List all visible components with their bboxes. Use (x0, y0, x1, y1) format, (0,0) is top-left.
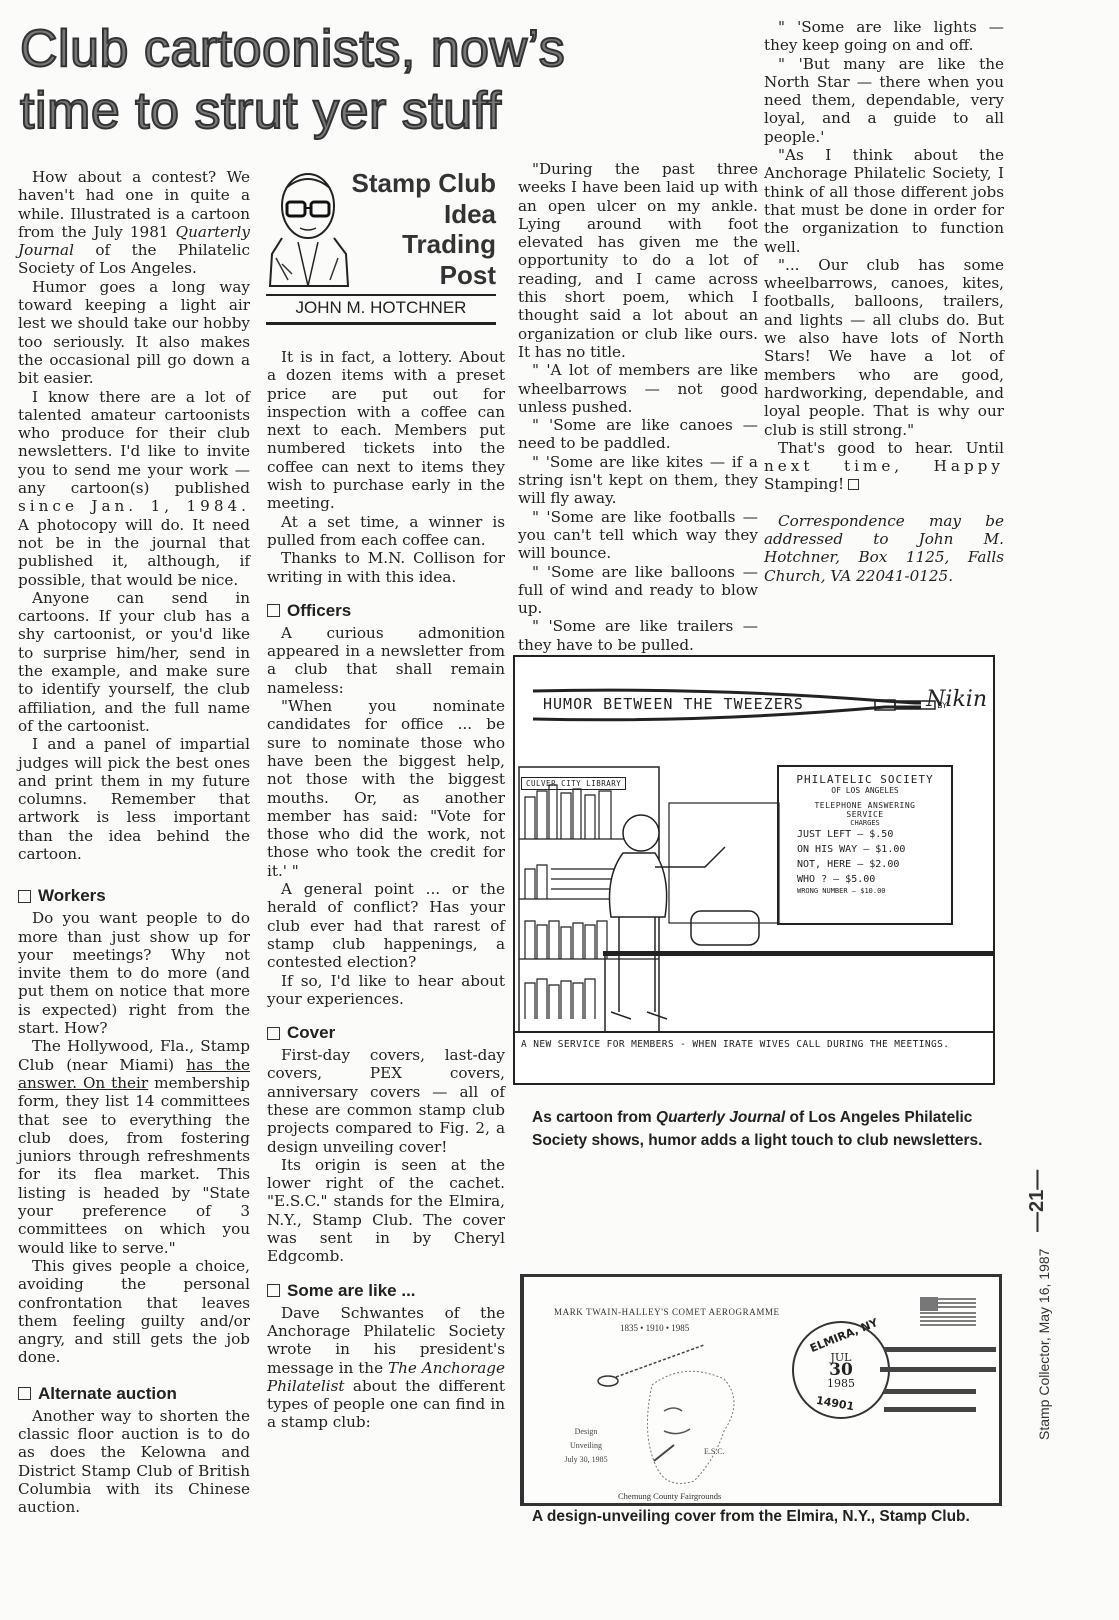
sign-row: JUST LEFT – $.50 (783, 827, 947, 842)
checkbox-bullet-icon (267, 1027, 280, 1040)
cartoon-banner-title: HUMOR BETWEEN THE TWEEZERS (543, 695, 804, 713)
sign-row: ON HIS WAY – $1.00 (783, 842, 947, 857)
divider (266, 322, 496, 325)
column-3: "During the past three weeks I have been… (518, 160, 758, 654)
column-4: " 'Some are like lights — they keep goin… (764, 18, 1004, 585)
officers-paragraph-1: A curious admonition appeared in a newsl… (267, 624, 505, 697)
auction-paragraph-4: Thanks to M.N. Collison for writing in w… (267, 549, 505, 586)
telephone-icon (691, 911, 759, 945)
cancellation-bar (880, 1367, 996, 1372)
author-byline: JOHN M. HOTCHNER (266, 298, 496, 318)
poem-line-kites: " 'Some are like kites — if a string isn… (518, 453, 758, 508)
cover-place: Chemung County Fairgrounds (618, 1491, 721, 1501)
sign-row: NOT, HERE – $2.00 (783, 857, 947, 872)
divider (515, 1031, 993, 1033)
cancellation-bar (884, 1407, 976, 1412)
poem-line-lights: " 'Some are like lights — they keep goin… (764, 18, 1004, 55)
cover-paragraph-1: First-day covers, last-day covers, PEX c… (267, 1046, 505, 1156)
cover-figure-caption: A design-unveiling cover from the Elmira… (532, 1505, 1002, 1528)
officers-paragraph-3: A general point ... or the herald of con… (267, 880, 505, 971)
publication-dateline: Stamp Collector, May 16, 1987 (1036, 1249, 1052, 1440)
intro-paragraph-4: Anyone can send in cartoons. If your clu… (18, 589, 250, 735)
headline-line-1: Club cartoonists, now’s (20, 18, 760, 80)
poem-line-wheelbarrows: " 'A lot of members are like wheelbarrow… (518, 361, 758, 416)
design-unveiling-text: Design Unveiling July 30, 1985 (554, 1425, 618, 1467)
cover-paragraph-2: Its origin is seen at the lower right of… (267, 1156, 505, 1266)
cartoonist-signature: Nikin (926, 687, 987, 712)
workers-paragraph-1: Do you want people to do more than just … (18, 909, 250, 1037)
poem-intro: "During the past three weeks I have been… (518, 160, 758, 361)
correspondence-note: Correspondence may be addressed to John … (764, 512, 1004, 585)
cartoon-banner: HUMOR BETWEEN THE TWEEZERS BY Nikin (525, 685, 995, 725)
president-reflection: "As I think about the Anchorage Philatel… (764, 146, 1004, 256)
officers-paragraph-4: If so, I'd like to hear about your exper… (267, 972, 505, 1009)
subhead-cover: Cover (267, 1022, 505, 1044)
subhead-officers: Officers (267, 600, 505, 622)
sign-row: WHO ? – $5.00 (783, 872, 947, 887)
checkbox-bullet-icon (18, 1387, 31, 1400)
flag-stamp-icon (920, 1297, 976, 1329)
intro-paragraph-3: I know there are a lot of talented amate… (18, 388, 250, 589)
auction-paragraph-3: At a set time, a winner is pulled from e… (267, 513, 505, 550)
subhead-some-are-like: Some are like ... (267, 1280, 505, 1302)
library-sign: CULVER CITY LIBRARY (521, 777, 626, 790)
page-number: —21— (1026, 1170, 1049, 1232)
column-1: How about a contest? We haven't had one … (18, 168, 250, 1516)
poem-line-footballs: " 'Some are like footballs — you can't t… (518, 508, 758, 563)
cover-figure: MARK TWAIN-HALLEY'S COMET AEROGRAMME 183… (520, 1274, 1002, 1506)
subhead-alternate-auction: Alternate auction (18, 1383, 250, 1405)
officers-paragraph-2: "When you nominate candidates for office… (267, 697, 505, 880)
column-header: Stamp Club Idea Trading Post JOHN M. HOT… (266, 162, 496, 337)
intro-paragraph-1: How about a contest? We haven't had one … (18, 168, 250, 278)
esc-initials: E.S.C. (704, 1447, 725, 1456)
sign-row: WRONG NUMBER – $10.00 (783, 887, 947, 896)
checkbox-bullet-icon (267, 1284, 280, 1297)
closing-paragraph: That's good to hear. Until next time, Ha… (764, 439, 1004, 494)
workers-paragraph-2: The Hollywood, Fla., Stamp Club (near Mi… (18, 1037, 250, 1257)
poem-line-canoes: " 'Some are like canoes — need to be pad… (518, 416, 758, 453)
postmark: ELMIRA, NY JUL 30 1985 14901 (792, 1321, 890, 1419)
cover-title: MARK TWAIN-HALLEY'S COMET AEROGRAMME (554, 1307, 780, 1317)
headline-line-2: time to strut yer stuff (20, 80, 760, 142)
poem-line-trailers: " 'Some are like trailers — they have to… (518, 617, 758, 654)
answering-service-sign: PHILATELIC SOCIETY OF LOS ANGELES TELEPH… (777, 765, 953, 925)
intro-paragraph-5: I and a panel of impartial judges will p… (18, 735, 250, 863)
intro-paragraph-2: Humor goes a long way toward keeping a l… (18, 278, 250, 388)
auction-paragraph-1: Another way to shorten the classic floor… (18, 1407, 250, 1517)
end-mark-icon (848, 479, 859, 490)
divider (266, 294, 496, 296)
cartoon-figure-caption: As cartoon from Quarterly Journal of Los… (532, 1106, 1002, 1152)
some-are-like-paragraph-1: Dave Schwantes of the Anchorage Philatel… (267, 1304, 505, 1432)
article-headline: Club cartoonists, now’s time to strut ye… (20, 18, 760, 142)
auction-paragraph-2: It is in fact, a lottery. About a dozen … (267, 348, 505, 513)
workers-paragraph-3: This gives people a choice, avoiding the… (18, 1257, 250, 1367)
poem-line-north-star: " 'But many are like the North Star — th… (764, 55, 1004, 146)
president-conclusion: "... Our club has some wheelbarrows, can… (764, 256, 1004, 439)
cancellation-bar (884, 1347, 996, 1352)
cancellation-bar (884, 1389, 976, 1394)
checkbox-bullet-icon (18, 890, 31, 903)
column-title: Stamp Club Idea Trading Post (352, 168, 496, 290)
mark-twain-sketch-icon (594, 1341, 774, 1511)
poem-line-balloons: " 'Some are like balloons — full of wind… (518, 563, 758, 618)
cartoon-caption: A NEW SERVICE FOR MEMBERS - WHEN IRATE W… (521, 1039, 981, 1050)
author-portrait-icon (268, 168, 350, 288)
column-2: It is in fact, a lottery. About a dozen … (267, 348, 505, 1432)
subhead-workers: Workers (18, 885, 250, 907)
cover-years: 1835 • 1910 • 1985 (620, 1323, 689, 1333)
checkbox-bullet-icon (267, 604, 280, 617)
cartoon-figure: HUMOR BETWEEN THE TWEEZERS BY Nikin CULV… (513, 655, 995, 1085)
